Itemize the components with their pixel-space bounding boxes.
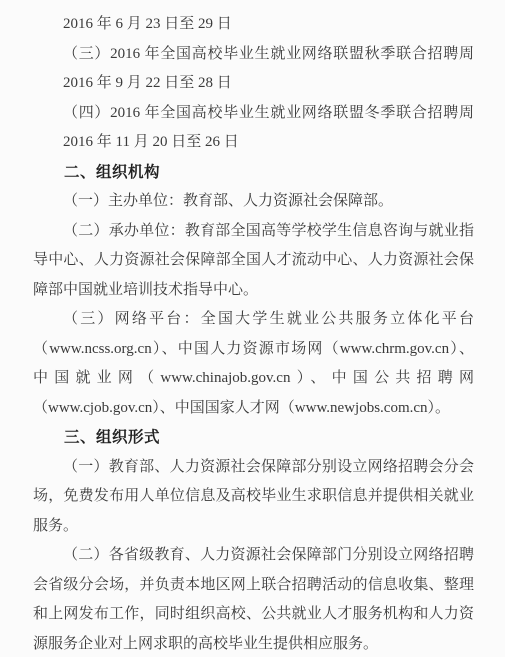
text-line: （一）教育部、人力资源社会保障部分别设立网络招聘会分会: [33, 453, 474, 483]
text-line: （二）各省级教育、人力资源社会保障部门分别设立网络招聘: [33, 541, 474, 571]
text-line: （二）承办单位：教育部全国高等学校学生信息咨询与就业指: [33, 217, 474, 247]
text-line: （www.cjob.gov.cn）、中国国家人才网（www.newjobs.co…: [33, 394, 474, 424]
text-line: （四）2016 年全国高校毕业生就业网络联盟冬季联合招聘周: [33, 99, 474, 129]
text-line: 2016 年 6 月 23 日至 29 日: [33, 10, 474, 40]
text-line: （www.ncss.org.cn）、中国人力资源市场网（www.chrm.gov…: [33, 335, 474, 365]
text-line: 会省级分会场，并负责本地区网上联合招聘活动的信息收集、整理: [33, 571, 474, 601]
text-line: 2016 年 9 月 22 日至 28 日: [33, 69, 474, 99]
text-line: （三）网络平台：全国大学生就业公共服务立体化平台: [33, 305, 474, 335]
text-line: 服务。: [33, 512, 474, 542]
section-heading: 三、组织形式: [33, 423, 474, 453]
text-line: 源服务企业对上网求职的高校毕业生提供相应服务。: [33, 630, 474, 657]
document-text-block: 2016 年 6 月 23 日至 29 日（三）2016 年全国高校毕业生就业网…: [33, 10, 474, 657]
text-line: 场，免费发布用人单位信息及高校毕业生求职信息并提供相关就业: [33, 482, 474, 512]
text-line: 障部中国就业培训技术指导中心。: [33, 276, 474, 306]
section-heading: 二、组织机构: [33, 158, 474, 188]
text-line: 导中心、人力资源社会保障部全国人才流动中心、人力资源社会保: [33, 246, 474, 276]
text-line: 和上网发布工作，同时组织高校、公共就业人才服务机构和人力资: [33, 600, 474, 630]
text-line: 2016 年 11 月 20 日至 26 日: [33, 128, 474, 158]
text-line: （一）主办单位：教育部、人力资源社会保障部。: [33, 187, 474, 217]
text-line: 中国就业网（www.chinajob.gov.cn）、中国公共招聘网: [33, 364, 474, 394]
text-line: （三）2016 年全国高校毕业生就业网络联盟秋季联合招聘周: [33, 40, 474, 70]
document-page: 2016 年 6 月 23 日至 29 日（三）2016 年全国高校毕业生就业网…: [0, 0, 505, 657]
